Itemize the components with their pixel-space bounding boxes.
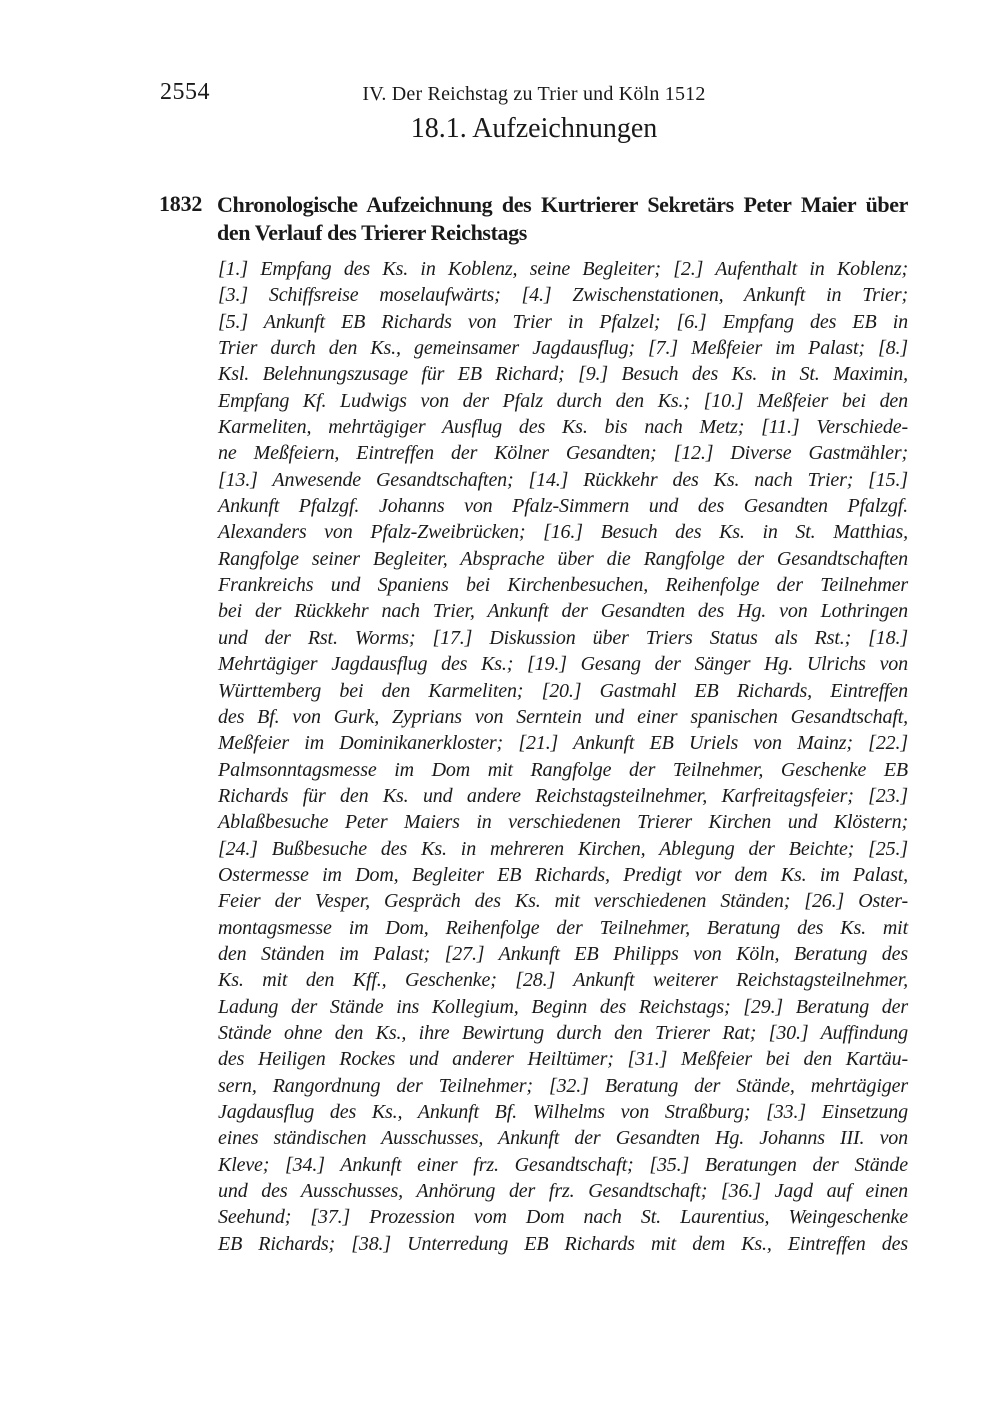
body-line: EB Richards; [38.] Unterredung EB Richar…: [218, 1231, 908, 1257]
section-heading: 18.1. Aufzeichnungen: [160, 112, 908, 146]
body-line: und des Ausschusses, Anhörung der frz. G…: [218, 1178, 908, 1204]
body-line: Ladung der Stände ins Kollegium, Beginn …: [218, 994, 908, 1020]
body-line: Richards für den Ks. und andere Reichsta…: [218, 783, 908, 809]
body-line: [1.] Empfang des Ks. in Koblenz, seine B…: [218, 256, 908, 282]
body-line: Ankunft Pfalzgf. Johanns von Pfalz-Simme…: [218, 493, 908, 519]
body-line: Stände ohne den Ks., ihre Bewirtung durc…: [218, 1020, 908, 1046]
body-line: den Ständen im Palast; [27.] Ankunft EB …: [218, 941, 908, 967]
body-line: Ksl. Belehnungszusage für EB Richard; [9…: [218, 361, 908, 387]
body-line: Seehund; [37.] Prozession vom Dom nach S…: [218, 1204, 908, 1230]
body-line: Meßfeier im Dominikanerkloster; [21.] An…: [218, 730, 908, 756]
body-line: Kleve; [34.] Ankunft einer frz. Gesandts…: [218, 1152, 908, 1178]
body-line: Ostermesse im Dom, Begleiter EB Richards…: [218, 862, 908, 888]
body-line: sern, Rangordnung der Teilnehmer; [32.] …: [218, 1073, 908, 1099]
body-line: Empfang Kf. Ludwigs von der Pfalz durch …: [218, 388, 908, 414]
body-line: bei der Rückkehr nach Trier, Ankunft der…: [218, 598, 908, 624]
running-header: IV. Der Reichstag zu Trier und Köln 1512: [160, 83, 908, 106]
body-line: ne Meßfeiern, Eintreffen der Kölner Gesa…: [218, 440, 908, 466]
book-page: 2554 IV. Der Reichstag zu Trier und Köln…: [0, 0, 1004, 1418]
body-line: Alexanders von Pfalz-Zweibrücken; [16.] …: [218, 519, 908, 545]
body-line: Trier durch den Ks., gemeinsamer Jagdaus…: [218, 335, 908, 361]
body-line: Frankreichs und Spaniens bei Kirchenbesu…: [218, 572, 908, 598]
body-line: Feier der Vesper, Gespräch des Ks. mit v…: [218, 888, 908, 914]
body-line: eines ständischen Ausschusses, Ankunft d…: [218, 1125, 908, 1151]
body-line: Rangfolge seiner Begleiter, Absprache üb…: [218, 546, 908, 572]
body-line: [5.] Ankunft EB Richards von Trier in Pf…: [218, 309, 908, 335]
body-line: Ks. mit den Kff., Geschenke; [28.] Ankun…: [218, 967, 908, 993]
body-line: Ablaßbesuche Peter Maiers in verschieden…: [218, 809, 908, 835]
body-line: montagsmesse im Dom, Reihenfolge der Tei…: [218, 915, 908, 941]
body-line: Karmeliten, mehrtägiger Ausflug des Ks. …: [218, 414, 908, 440]
entry-number: 1832: [159, 191, 202, 217]
entry-title: Chronologische Aufzeichnung des Kurtrier…: [217, 191, 908, 247]
body-line: und der Rst. Worms; [17.] Diskussion übe…: [218, 625, 908, 651]
body-line: [3.] Schiffsreise moselaufwärts; [4.] Zw…: [218, 282, 908, 308]
entry-body: [1.] Empfang des Ks. in Koblenz, seine B…: [218, 256, 908, 1257]
body-line: [24.] Bußbesuche des Ks. in mehreren Kir…: [218, 836, 908, 862]
entry-title-line: den Verlauf des Trierer Reichstags: [217, 219, 908, 247]
body-line: Mehrtägiger Jagdausflug des Ks.; [19.] G…: [218, 651, 908, 677]
body-line: [13.] Anwesende Gesandtschaften; [14.] R…: [218, 467, 908, 493]
entry-title-line: Chronologische Aufzeichnung des Kurtrier…: [217, 191, 908, 219]
body-line: des Bf. von Gurk, Zyprians von Serntein …: [218, 704, 908, 730]
body-line: Jagdausflug des Ks., Ankunft Bf. Wilhelm…: [218, 1099, 908, 1125]
body-line: des Heiligen Rockes und anderer Heiltüme…: [218, 1046, 908, 1072]
body-line: Württemberg bei den Karmeliten; [20.] Ga…: [218, 678, 908, 704]
body-line: Palmsonntagsmesse im Dom mit Rangfolge d…: [218, 757, 908, 783]
